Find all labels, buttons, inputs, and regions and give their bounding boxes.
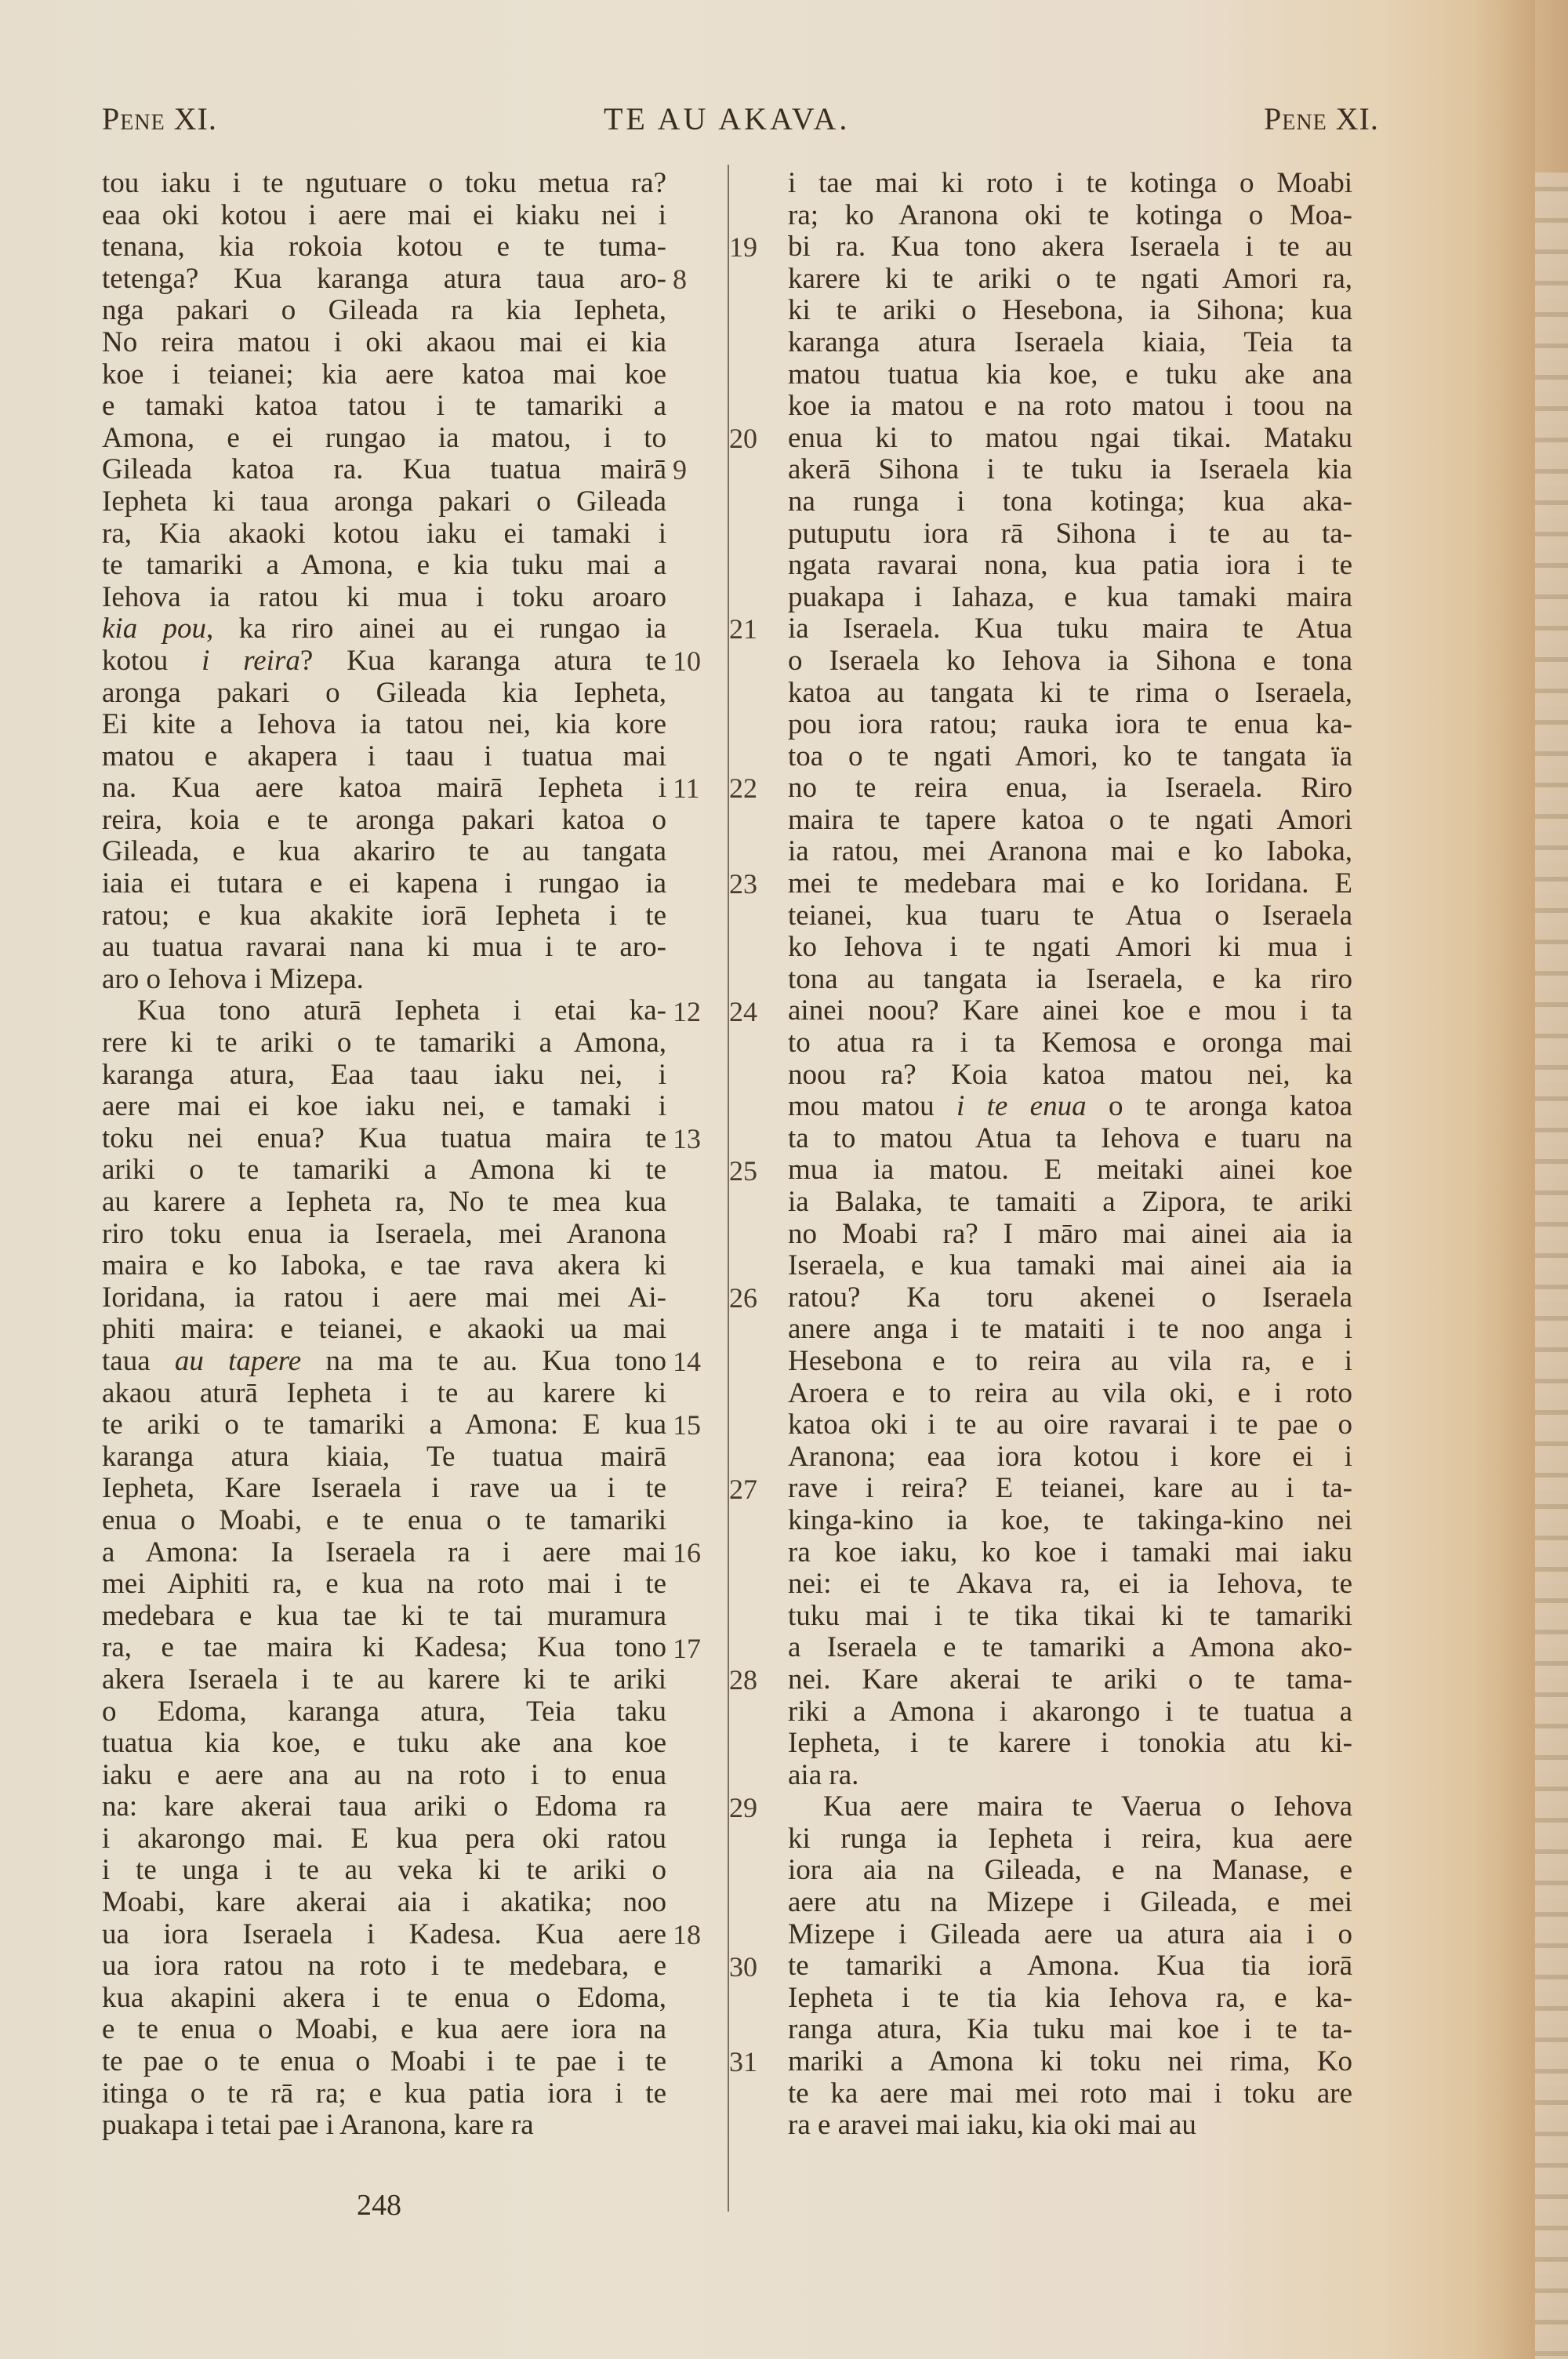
page-number: 248 [357, 2188, 401, 2223]
text-line: ua iora ratou na roto i te medebara, e [102, 1950, 666, 1983]
text-line: au karere a Iepheta ra, No te mea kua [102, 1187, 666, 1219]
text-line: riro toku enua ia Iseraela, mei Aranona [102, 1219, 666, 1251]
text-line: aere atu na Mizepe i Gileada, e mei [788, 1887, 1352, 1919]
text-line: Mizepe i Gileada aere ua atura aia i o [788, 1919, 1352, 1951]
text-line: rave i reira? E teianei, kare au i ta- [788, 1473, 1352, 1505]
text-line: Kua aere maira te Vaerua o Iehova [788, 1791, 1352, 1823]
text-line: aronga pakari o Gileada kia Iepheta, [102, 678, 666, 710]
text-line: mou matou i te enua o te aronga katoa [788, 1091, 1352, 1123]
text-line: e tamaki katoa tatou i te tamariki a [102, 391, 666, 423]
text-line: ratou; e kua akakite iorā Iepheta i te [102, 900, 666, 932]
text-line: te ariki o te tamariki a Amona: E kua [102, 1409, 666, 1441]
column-divider-rule [728, 165, 729, 2212]
text-line: No reira matou i oki akaou mai ei kia [102, 327, 666, 359]
text-line: ra e aravei mai iaku, kia oki mai au [788, 2110, 1352, 2142]
text-line: putuputu iora rā Sihona i te au ta- [788, 518, 1352, 551]
text-line: e te enua o Moabi, e kua aere iora na [102, 2014, 666, 2046]
text-line: no te reira enua, ia Iseraela. Riro [788, 772, 1352, 805]
verse-number: 18 [673, 1919, 701, 1951]
text-line: puakapa i tetai pae i Aranona, kare ra [102, 2110, 666, 2142]
text-line: Iepheta i te tia kia Iehova ra, e ka- [788, 1983, 1352, 2015]
text-line: nga pakari o Gileada ra kia Iepheta, [102, 295, 666, 327]
running-head-title: TE AU AKAVA. [604, 100, 850, 137]
text-line: to atua ra i ta Kemosa e oronga mai [788, 1027, 1352, 1060]
text-line: aere mai ei koe iaku nei, e tamaki i [102, 1091, 666, 1123]
verse-number: 15 [673, 1409, 701, 1441]
text-line: o Edoma, karanga atura, Teia taku [102, 1696, 666, 1728]
text-line: au tuatua ravarai nana ki mua i te aro- [102, 932, 666, 964]
text-line: Iepheta, i te karere i tonokia atu ki- [788, 1728, 1352, 1760]
verse-number: 28 [729, 1664, 757, 1696]
text-line: riki a Amona i akarongo i te tuatua a [788, 1696, 1352, 1728]
text-line: katoa au tangata ki te rima o Iseraela, [788, 678, 1352, 710]
text-line: mei te medebara mai e ko Ioridana. E [788, 868, 1352, 900]
text-line: i te unga i te au veka ki te ariki o [102, 1855, 666, 1887]
text-line: Ioridana, ia ratou i aere mai mei Ai- [102, 1282, 666, 1314]
verse-number: 30 [729, 1951, 757, 1983]
text-line: eaa oki kotou i aere mai ei kiaku nei i [102, 200, 666, 232]
text-line: kia pou, ka riro ainei au ei rungao ia [102, 613, 666, 645]
verse-number: 11 [673, 772, 700, 805]
text-line: koe i teianei; kia aere katoa mai koe [102, 359, 666, 391]
running-head-left: Pene XI. [102, 100, 217, 137]
text-line: Hesebona e to reira au vila ra, e i [788, 1346, 1352, 1378]
text-line: aro o Iehova i Mizepa. [102, 964, 666, 996]
verse-number: 21 [729, 613, 757, 645]
text-line: tona au tangata ia Iseraela, e ka riro [788, 964, 1352, 996]
text-line: no Moabi ra? I māro mai ainei aia ia [788, 1219, 1352, 1251]
text-line: katoa oki i te au oire ravarai i te pae … [788, 1409, 1352, 1441]
text-line: mua ia matou. E meitaki ainei koe [788, 1154, 1352, 1187]
text-line: o Iseraela ko Iehova ia Sihona e tona [788, 645, 1352, 678]
verse-number: 8 [673, 264, 687, 296]
text-line: koe ia matou e na roto matou i toou na [788, 391, 1352, 423]
text-line: iaku e aere ana au na roto i to enua [102, 1760, 666, 1792]
text-line: i tae mai ki roto i te kotinga o Moabi [788, 168, 1352, 200]
text-line: te ka aere mai mei roto mai i toku are [788, 2078, 1352, 2110]
text-line: enua o Moabi, e te enua o te tamariki [102, 1505, 666, 1537]
text-line: ra; ko Aranona oki te kotinga o Moa- [788, 200, 1352, 232]
right-text-column: i tae mai ki roto i te kotinga o Moabira… [788, 168, 1352, 2142]
verse-number: 19 [729, 231, 757, 264]
verse-number: 31 [729, 2046, 757, 2078]
text-line: na runga i tona kotinga; kua aka- [788, 486, 1352, 518]
text-line: akerā Sihona i te tuku ia Iseraela kia [788, 454, 1352, 486]
verse-number: 10 [673, 645, 701, 678]
text-line: te tamariki a Amona. Kua tia iorā [788, 1950, 1352, 1983]
text-line: matou tuatua kia koe, e tuku ake ana [788, 359, 1352, 391]
text-line: a Iseraela e te tamariki a Amona ako- [788, 1632, 1352, 1664]
text-line: ra, e tae maira ki Kadesa; Kua tono [102, 1632, 666, 1664]
text-line: karanga atura Iseraela kiaia, Teia ta [788, 327, 1352, 359]
verse-number: 17 [673, 1633, 701, 1665]
text-line: toa o te ngati Amori, ko te tangata ïa [788, 741, 1352, 773]
text-line: ia ratou, mei Aranona mai e ko Iaboka, [788, 836, 1352, 868]
text-line: ta to matou Atua ta Iehova e tuaru na [788, 1123, 1352, 1155]
verse-number: 26 [729, 1282, 757, 1314]
text-line: Amona, e ei rungao ia matou, i to [102, 423, 666, 455]
text-line: itinga o te rā ra; e kua patia iora i te [102, 2078, 666, 2110]
text-line: ra koe iaku, ko koe i tamaki mai iaku [788, 1537, 1352, 1569]
text-line: teianei, kua tuaru te Atua o Iseraela [788, 900, 1352, 932]
verse-number: 27 [729, 1474, 757, 1506]
text-line: ko Iehova i te ngati Amori ki mua i [788, 932, 1352, 964]
text-line: i akarongo mai. E kua pera oki ratou [102, 1823, 666, 1856]
text-line: ariki o te tamariki a Amona ki te [102, 1154, 666, 1187]
text-line: ia Balaka, te tamaiti a Zipora, te ariki [788, 1187, 1352, 1219]
text-line: iaia ei tutara e ei kapena i rungao ia [102, 868, 666, 900]
verse-number: 12 [673, 996, 701, 1028]
text-line: anere anga i te mataiti i te noo anga i [788, 1314, 1352, 1346]
text-line: Kua tono aturā Iepheta i etai ka- [102, 995, 666, 1027]
text-line: Moabi, kare akerai aia i akatika; noo [102, 1887, 666, 1919]
text-line: tuatua kia koe, e tuku ake ana koe [102, 1728, 666, 1760]
text-line: phiti maira: e teianei, e akaoki ua mai [102, 1314, 666, 1346]
text-line: maira e ko Iaboka, e tae rava akera ki [102, 1250, 666, 1282]
text-line: noou ra? Koia katoa matou nei, ka [788, 1060, 1352, 1092]
text-line: Iseraela, e kua tamaki mai ainei aia ia [788, 1250, 1352, 1282]
verse-number: 9 [673, 454, 687, 486]
left-text-column: tou iaku i te ngutuare o toku metua ra?e… [102, 168, 666, 2142]
text-line: akera Iseraela i te au karere ki te arik… [102, 1664, 666, 1696]
text-line: reira, koia e te aronga pakari katoa o [102, 805, 666, 837]
text-line: ranga atura, Kia tuku mai koe i te ta- [788, 2014, 1352, 2046]
text-line: Iepheta, Kare Iseraela i rave ua i te [102, 1473, 666, 1505]
text-line: enua ki to matou ngai tikai. Mataku [788, 423, 1352, 455]
page-curl-shadow [1474, 0, 1535, 2359]
text-line: ainei noou? Kare ainei koe e mou i ta [788, 995, 1352, 1027]
text-line: bi ra. Kua tono akera Iseraela i te au [788, 231, 1352, 264]
verse-number: 25 [729, 1155, 757, 1187]
text-line: nei. Kare akerai te ariki o te tama- [788, 1664, 1352, 1696]
text-line: tetenga? Kua karanga atura taua aro- [102, 264, 666, 296]
text-line: iora aia na Gileada, e na Manase, e [788, 1855, 1352, 1887]
verse-number: 23 [729, 868, 757, 900]
text-line: karanga atura kiaia, Te tuatua mairā [102, 1441, 666, 1474]
text-line: ngata ravarai nona, kua patia iora i te [788, 550, 1352, 582]
running-head-right: Pene XI. [1264, 100, 1379, 137]
book-page: Pene XI. TE AU AKAVA. Pene XI. tou iaku … [0, 0, 1568, 2359]
text-line: Ei kite a Iehova ia tatou nei, kia kore [102, 709, 666, 741]
text-line: puakapa i Iahaza, e kua tamaki maira [788, 582, 1352, 614]
text-line: matou e akapera i taau i tuatua mai [102, 741, 666, 773]
text-line: te pae o te enua o Moabi i te pae i te [102, 2046, 666, 2078]
text-line: akaou aturā Iepheta i te au karere ki [102, 1378, 666, 1410]
text-line: a Amona: Ia Iseraela ra i aere mai [102, 1537, 666, 1569]
text-line: toku nei enua? Kua tuatua maira te [102, 1123, 666, 1155]
verse-number: 20 [729, 423, 757, 455]
text-line: na: kare akerai taua ariki o Edoma ra [102, 1791, 666, 1823]
verse-number: 22 [729, 772, 757, 805]
text-line: ra, Kia akaoki kotou iaku ei tamaki i [102, 518, 666, 551]
text-line: aia ra. [788, 1760, 1352, 1792]
text-line: kotou i reira? Kua karanga atura te [102, 645, 666, 678]
text-line: Aranona; eaa iora kotou i kore ei i [788, 1441, 1352, 1474]
verse-number: 13 [673, 1123, 701, 1155]
text-line: tenana, kia rokoia kotou e te tuma- [102, 231, 666, 264]
text-line: nei: ei te Akava ra, ei ia Iehova, te [788, 1568, 1352, 1601]
text-line: mariki a Amona ki toku nei rima, Ko [788, 2046, 1352, 2078]
text-line: ki runga ia Iepheta i reira, kua aere [788, 1823, 1352, 1856]
text-line: ratou? Ka toru akenei o Iseraela [788, 1282, 1352, 1314]
verse-number: 16 [673, 1537, 701, 1569]
text-line: Iehova ia ratou ki mua i toku aroaro [102, 582, 666, 614]
text-line: maira te tapere katoa o te ngati Amori [788, 805, 1352, 837]
text-line: te tamariki a Amona, e kia tuku mai a [102, 550, 666, 582]
text-line: rere ki te ariki o te tamariki a Amona, [102, 1027, 666, 1060]
verse-number: 24 [729, 996, 757, 1028]
text-line: medebara e kua tae ki te tai muramura [102, 1601, 666, 1633]
text-line: Iepheta ki taua aronga pakari o Gileada [102, 486, 666, 518]
text-line: ia Iseraela. Kua tuku maira te Atua [788, 613, 1352, 645]
text-line: mei Aiphiti ra, e kua na roto mai i te [102, 1568, 666, 1601]
text-line: kinga-kino ia koe, te takinga-kino nei [788, 1505, 1352, 1537]
text-line: karanga atura, Eaa taau iaku nei, i [102, 1060, 666, 1092]
verse-number: 14 [673, 1346, 701, 1378]
verse-number: 29 [729, 1792, 757, 1824]
text-line: Aroera e to reira au vila oki, e i roto [788, 1378, 1352, 1410]
text-line: kua akapini akera i te enua o Edoma, [102, 1983, 666, 2015]
text-line: tou iaku i te ngutuare o toku metua ra? [102, 168, 666, 200]
text-line: pou iora ratou; rauka iora te enua ka- [788, 709, 1352, 741]
text-line: ki te ariki o Hesebona, ia Sihona; kua [788, 295, 1352, 327]
text-line: tuku mai i te tika tikai ki te tamariki [788, 1601, 1352, 1633]
text-line: na. Kua aere katoa mairā Iepheta i [102, 772, 666, 805]
adjacent-page-edges [1535, 173, 1568, 2359]
text-line: Gileada, e kua akariro te au tangata [102, 836, 666, 868]
text-line: taua au tapere na ma te au. Kua tono [102, 1346, 666, 1378]
text-line: Gileada katoa ra. Kua tuatua mairā [102, 454, 666, 486]
text-line: karere ki te ariki o te ngati Amori ra, [788, 264, 1352, 296]
text-line: ua iora Iseraela i Kadesa. Kua aere [102, 1919, 666, 1951]
